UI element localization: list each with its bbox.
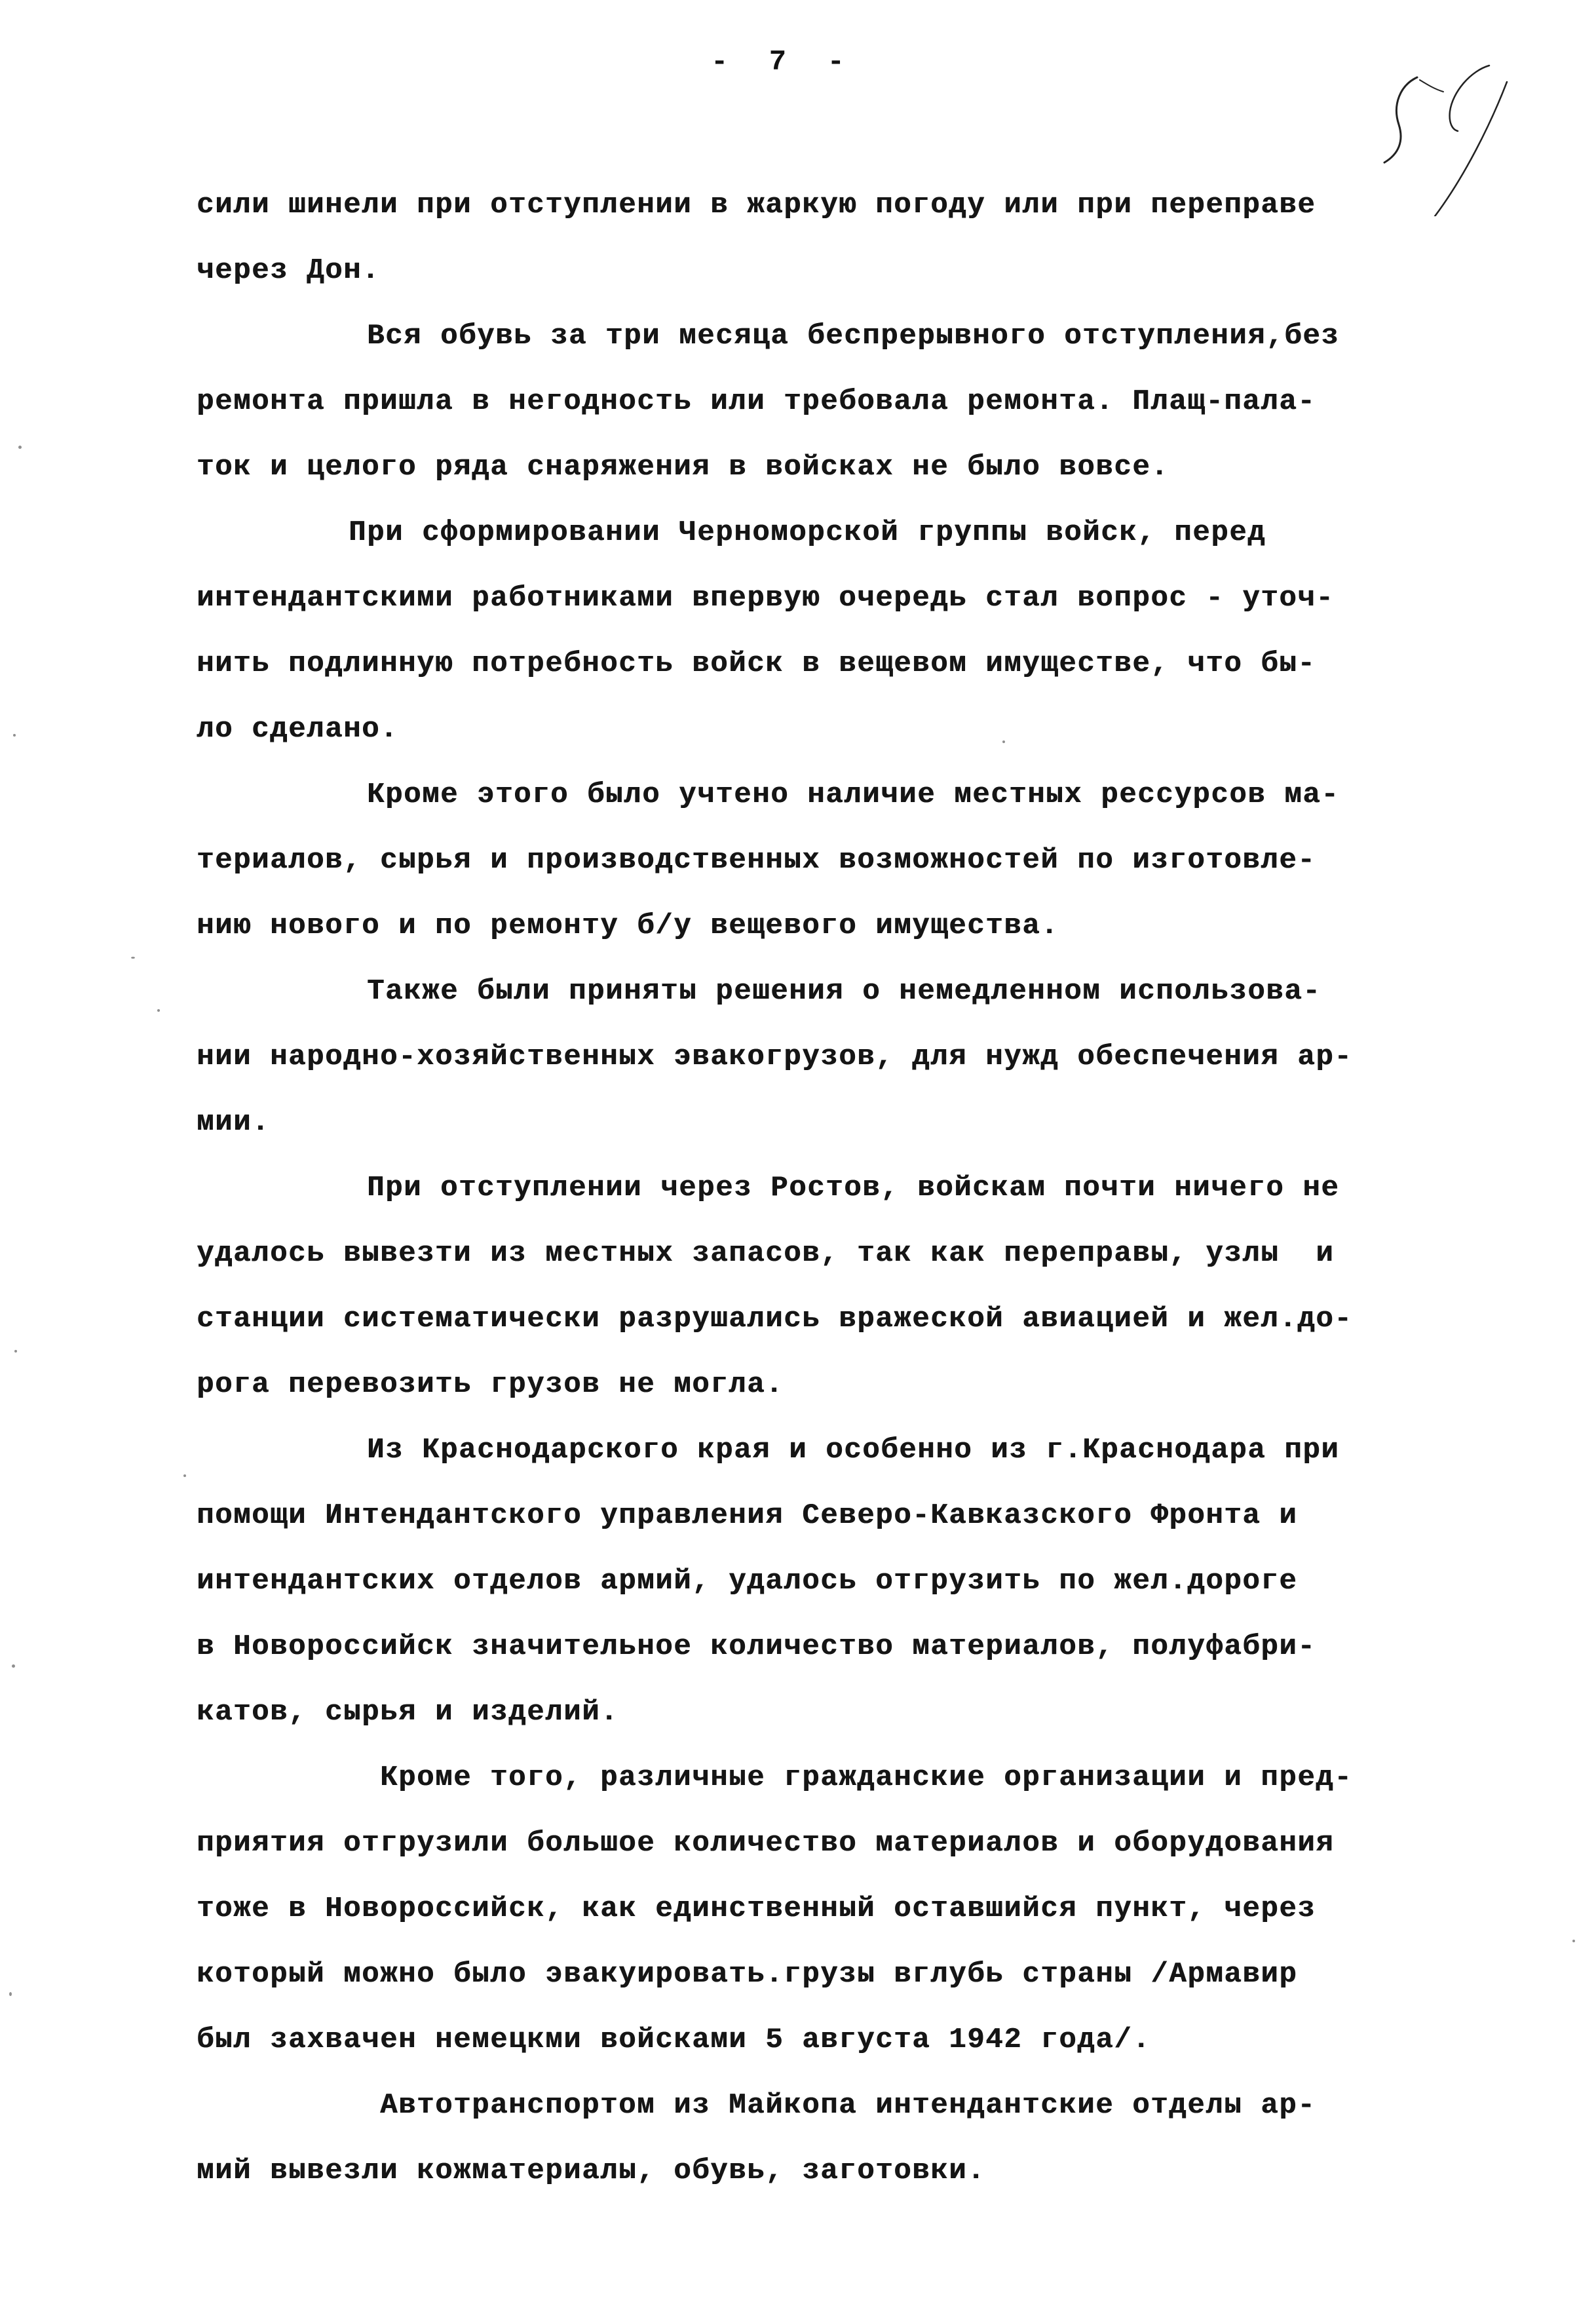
text-line: При отступлении через Ростов, войскам по… [367,1168,1339,1208]
text-line: интендантскими работниками впервую очере… [197,579,1334,618]
scan-speck [1002,740,1005,743]
text-line: рога перевозить грузов не могла. [197,1365,784,1404]
text-line: нии народно-хозяйственных эвакогрузов, д… [197,1037,1352,1077]
text-line: интендантских отделов армий, удалось отг… [197,1562,1297,1601]
scan-speck [18,446,22,449]
text-line: ремонта пришла в негодность или требовал… [197,382,1316,421]
scan-speck [9,1992,12,1996]
handwritten-folio-number [1366,46,1523,216]
text-line: удалось вывезти из местных запасов, так … [197,1234,1334,1273]
text-line: мий вывезли кожматериалы, обувь, заготов… [197,2151,985,2191]
text-line: Кроме того, различные гражданские органи… [380,1758,1352,1797]
text-line: мии. [197,1103,270,1142]
scan-speck [14,1350,17,1353]
scan-speck [131,957,135,959]
text-line: нию нового и по ремонту б/у вещевого иму… [197,906,1059,946]
scan-speck [183,1474,186,1477]
page-number-marker: - 7 - [711,46,856,79]
text-line: Вся обувь за три месяца беспрерывного от… [367,317,1339,356]
handwritten-folio-icon [1366,46,1523,216]
text-line: был захвачен немецкми войсками 5 августа… [197,2020,1150,2060]
text-line: Также были приняты решения о немедленном… [367,972,1321,1011]
text-line: через Дон. [197,251,380,290]
text-line: тоже в Новороссийск, как единственный ос… [197,1889,1316,1929]
document-page: - 7 - сили шинели при отступлении в жарк… [0,0,1596,2304]
text-line: ток и целого ряда снаряжения в войсках н… [197,448,1169,487]
text-line: станции систематически разрушались враже… [197,1299,1352,1339]
text-line: териалов, сырья и производственных возмо… [197,841,1316,880]
text-line: Кроме этого было учтено наличие местных … [367,775,1339,815]
scan-speck [13,734,16,737]
text-line: нить подлинную потребность войск в вещев… [197,644,1316,683]
text-line: Автотранспортом из Майкопа интендантские… [380,2086,1316,2125]
scan-speck [157,1009,160,1012]
text-line: который можно было эвакуировать.грузы вг… [197,1955,1297,1994]
scan-speck [1572,1940,1575,1942]
text-line: сили шинели при отступлении в жаркую пог… [197,185,1316,225]
text-line: Из Краснодарского края и особенно из г.К… [367,1430,1339,1470]
text-line: приятия отгрузили большое количество мат… [197,1824,1334,1863]
text-line: помощи Интендантского управления Северо-… [197,1496,1297,1535]
text-line: в Новороссийск значительное количество м… [197,1627,1316,1666]
text-line: ло сделано. [197,710,398,749]
text-line: катов, сырья и изделий. [197,1693,618,1732]
scan-speck [12,1664,15,1668]
text-line: При сформировании Черноморской группы во… [349,513,1266,552]
